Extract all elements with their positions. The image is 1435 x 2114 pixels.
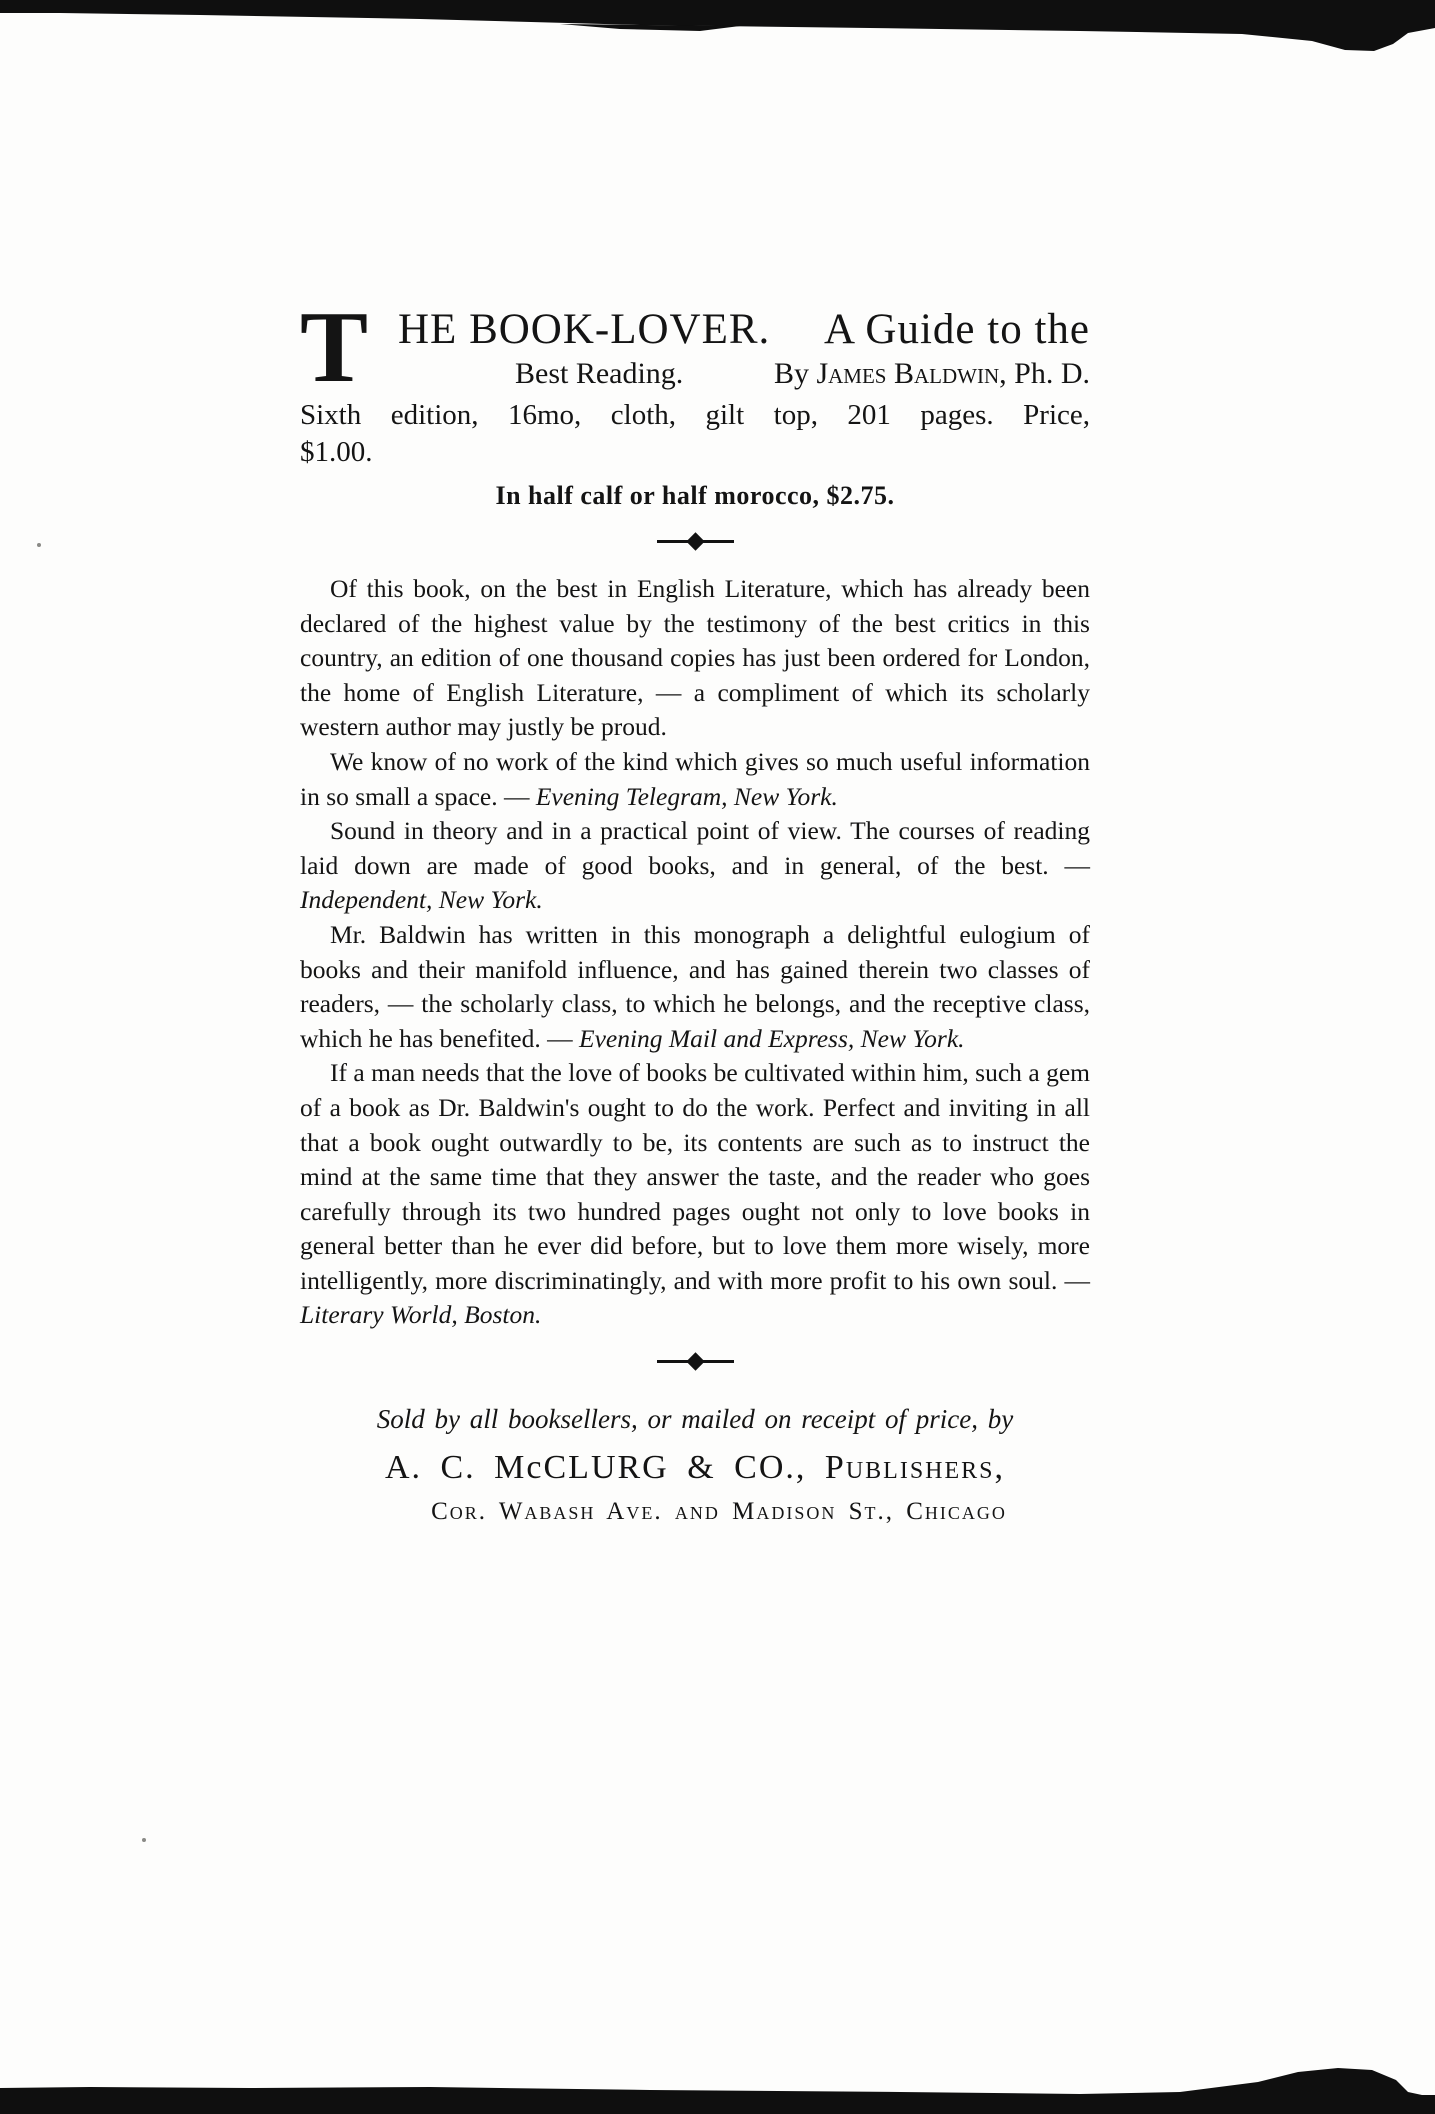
review-paragraph: If a man needs that the love of books be…	[300, 1056, 1090, 1333]
scan-ink-edge-top-icon	[0, 0, 1435, 56]
sold-by-line: Sold by all booksellers, or mailed on re…	[300, 1402, 1090, 1436]
review-paragraph: We know of no work of the kind which giv…	[300, 745, 1090, 814]
title-line: HE BOOK-LOVER. A Guide to the	[398, 306, 1090, 354]
review-source: Evening Telegram, New York.	[536, 782, 838, 811]
review-source: Independent, New York.	[300, 885, 543, 914]
scan-speck	[37, 543, 41, 547]
title-tail: A Guide to the	[824, 306, 1090, 354]
review-text: Of this book, on the best in English Lit…	[300, 574, 1090, 741]
edition-details: Sixth edition, 16mo, cloth, gilt top, 20…	[300, 396, 1090, 434]
price: $1.00.	[300, 434, 1090, 471]
diamond-rule-divider-icon	[300, 535, 1090, 548]
author-name: James Baldwin,	[816, 357, 1006, 390]
review-paragraph: Of this book, on the best in English Lit…	[300, 572, 1090, 745]
dropcap-letter: T	[300, 310, 368, 386]
publisher-name: A. C. McCLURG & CO.,	[385, 1449, 806, 1486]
subtitle-line: Best Reading. By James Baldwin, Ph. D.	[515, 354, 1090, 394]
binding-price-note: In half calf or half morocco, $2.75.	[300, 479, 1090, 513]
scan-ink-edge-bottom-icon	[0, 2062, 1435, 2114]
review-text: If a man needs that the love of books be…	[300, 1058, 1090, 1295]
book-title-block: T HE BOOK-LOVER. A Guide to the Best Rea…	[300, 306, 1090, 513]
review-paragraph: Mr. Baldwin has written in this monograp…	[300, 918, 1090, 1056]
review-paragraph: Sound in theory and in a practical point…	[300, 814, 1090, 918]
publisher-address: Cor. Wabash Ave. and Madison St., Chicag…	[300, 1496, 1090, 1528]
advertisement-text-block: T HE BOOK-LOVER. A Guide to the Best Rea…	[300, 306, 1090, 1528]
review-text: Sound in theory and in a practical point…	[300, 816, 1090, 880]
review-source: Literary World, Boston.	[300, 1300, 541, 1329]
diamond-icon	[686, 532, 704, 550]
diamond-rule-divider-icon	[300, 1355, 1090, 1368]
author-credit: By James Baldwin, Ph. D.	[774, 354, 1090, 394]
author-degree: Ph. D.	[1014, 357, 1090, 390]
publisher-name-line: A. C. McCLURG & CO., Publishers,	[300, 1448, 1090, 1488]
diamond-icon	[686, 1352, 704, 1370]
review-paragraphs: Of this book, on the best in English Lit…	[300, 572, 1090, 1333]
scan-speck	[142, 1838, 146, 1842]
scanned-book-page: T HE BOOK-LOVER. A Guide to the Best Rea…	[0, 0, 1435, 2114]
publisher-role: Publishers,	[825, 1449, 1005, 1486]
by-label: By	[774, 357, 809, 390]
review-source: Evening Mail and Express, New York.	[579, 1024, 965, 1053]
title-main: HE BOOK-LOVER.	[398, 306, 770, 354]
subtitle-left: Best Reading.	[515, 354, 683, 394]
